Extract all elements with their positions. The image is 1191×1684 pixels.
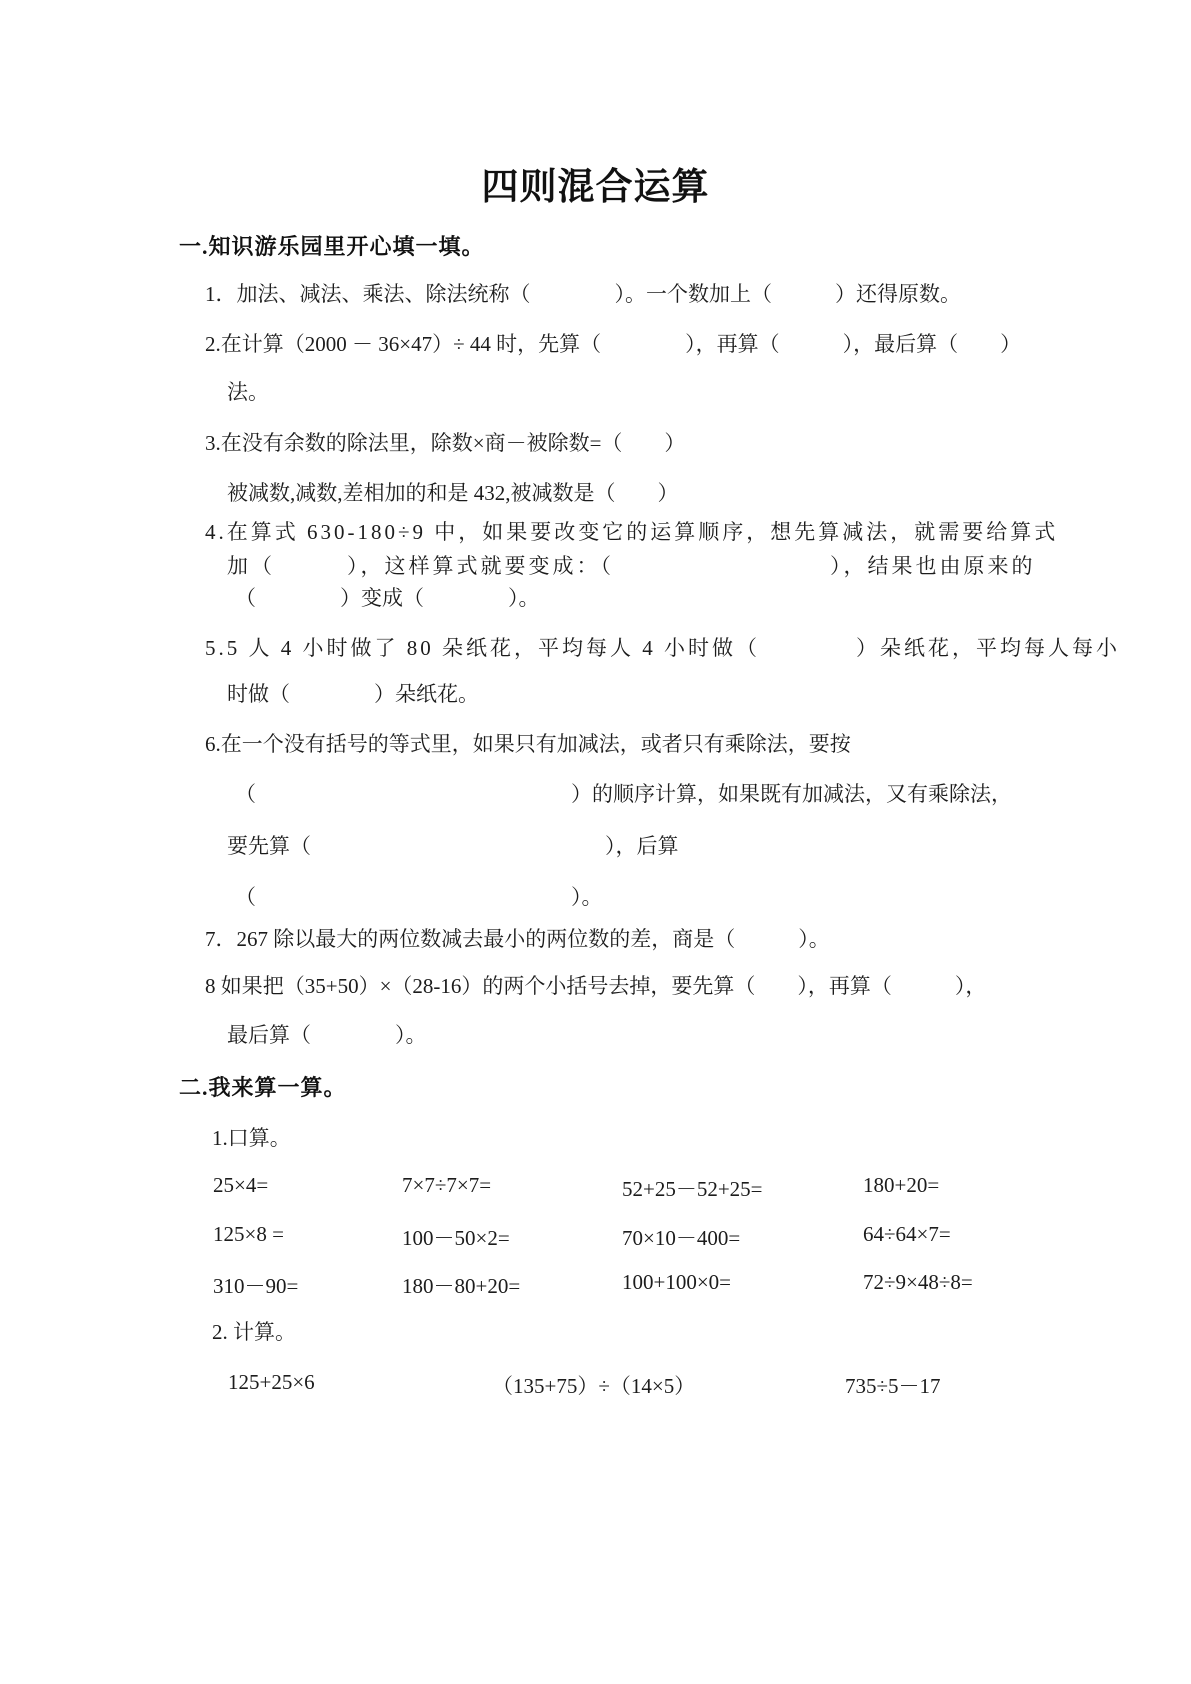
written-calc-item: 735÷5－17 — [845, 1370, 941, 1400]
oral-calc-row: 25×4= 7×7÷7×7= 52+25－52+25= 180+20= — [0, 1173, 1191, 1199]
written-calc-row: 125+25×6 （135+75）÷（14×5） 735÷5－17 — [0, 1370, 1191, 1396]
oral-calc-item: 180+20= — [863, 1173, 939, 1198]
oral-calc-row: 125×8 = 100－50×2= 70×10－400= 64÷64×7= — [0, 1222, 1191, 1248]
section-two-heading: 二.我来算一算。 — [179, 1071, 347, 1102]
oral-calc-item: 125×8 = — [213, 1222, 284, 1247]
q5-line2: 时做（ ）朵纸花。 — [227, 682, 479, 706]
q4-line1: 4.在算式 630-180÷9 中，如果要改变它的运算顺序，想先算减法，就需要给… — [205, 520, 1058, 544]
q1-line: 1．加法、减法、乘法、除法统称（ ）。一个数加上（ ）还得原数。 — [205, 282, 961, 306]
oral-calc-item: 25×4= — [213, 1173, 268, 1198]
oral-calc-item: 72÷9×48÷8= — [863, 1270, 973, 1295]
oral-calc-item: 70×10－400= — [622, 1222, 740, 1252]
oral-calc-item: 180－80+20= — [402, 1270, 520, 1300]
q8-line2: 最后算（ ）。 — [227, 1023, 427, 1047]
q8-line1: 8 如果把（35+50）×（28-16）的两个小括号去掉，要先算（ ），再算（ … — [205, 974, 986, 998]
q2-line1: 2.在计算（2000 － 36×47）÷ 44 时，先算（ ），再算（ ），最后… — [205, 332, 1021, 356]
q4-line3: （ ）变成（ ）。 — [235, 586, 540, 610]
q2-line2: 法。 — [227, 380, 269, 404]
oral-calc-row: 310－90= 180－80+20= 100+100×0= 72÷9×48÷8= — [0, 1270, 1191, 1296]
oral-calc-item: 100+100×0= — [622, 1270, 731, 1295]
q3-line2: 被减数,减数,差相加的和是 432,被减数是（ ） — [227, 481, 679, 505]
q4-line2: 加（ ），这样算式就要变成：（ ），结果也由原来的 — [227, 554, 1036, 578]
oral-calc-item: 100－50×2= — [402, 1222, 510, 1252]
oral-calc-item: 310－90= — [213, 1270, 298, 1300]
q5-line1: 5.5 人 4 小时做了 80 朵纸花，平均每人 4 小时做（ ）朵纸花，平均每… — [205, 636, 1120, 660]
section-one-heading: 一.知识游乐园里开心填一填。 — [179, 230, 485, 261]
page-title: 四则混合运算 — [0, 156, 1191, 210]
oral-calc-label: 1.口算。 — [212, 1126, 291, 1150]
written-calc-item: 125+25×6 — [228, 1370, 315, 1395]
oral-calc-item: 64÷64×7= — [863, 1222, 951, 1247]
worksheet-page: 四则混合运算 一.知识游乐园里开心填一填。 1．加法、减法、乘法、除法统称（ ）… — [0, 0, 1191, 1684]
written-calc-label: 2. 计算。 — [212, 1320, 296, 1344]
oral-calc-item: 52+25－52+25= — [622, 1173, 763, 1203]
q6-line4: （ ）。 — [235, 885, 603, 909]
q6-line1: 6.在一个没有括号的等式里，如果只有加减法，或者只有乘除法，要按 — [205, 732, 851, 756]
oral-calc-item: 7×7÷7×7= — [402, 1173, 491, 1198]
q7-line: 7．267 除以最大的两位数减去最小的两位数的差，商是（ ）。 — [205, 927, 830, 951]
q3-line1: 3.在没有余数的除法里，除数×商－被除数=（ ） — [205, 431, 685, 455]
written-calc-item: （135+75）÷（14×5） — [492, 1370, 695, 1400]
q6-line3: 要先算（ ），后算 — [227, 834, 679, 858]
q6-line2: （ ）的顺序计算，如果既有加减法，又有乘除法， — [235, 782, 1012, 806]
